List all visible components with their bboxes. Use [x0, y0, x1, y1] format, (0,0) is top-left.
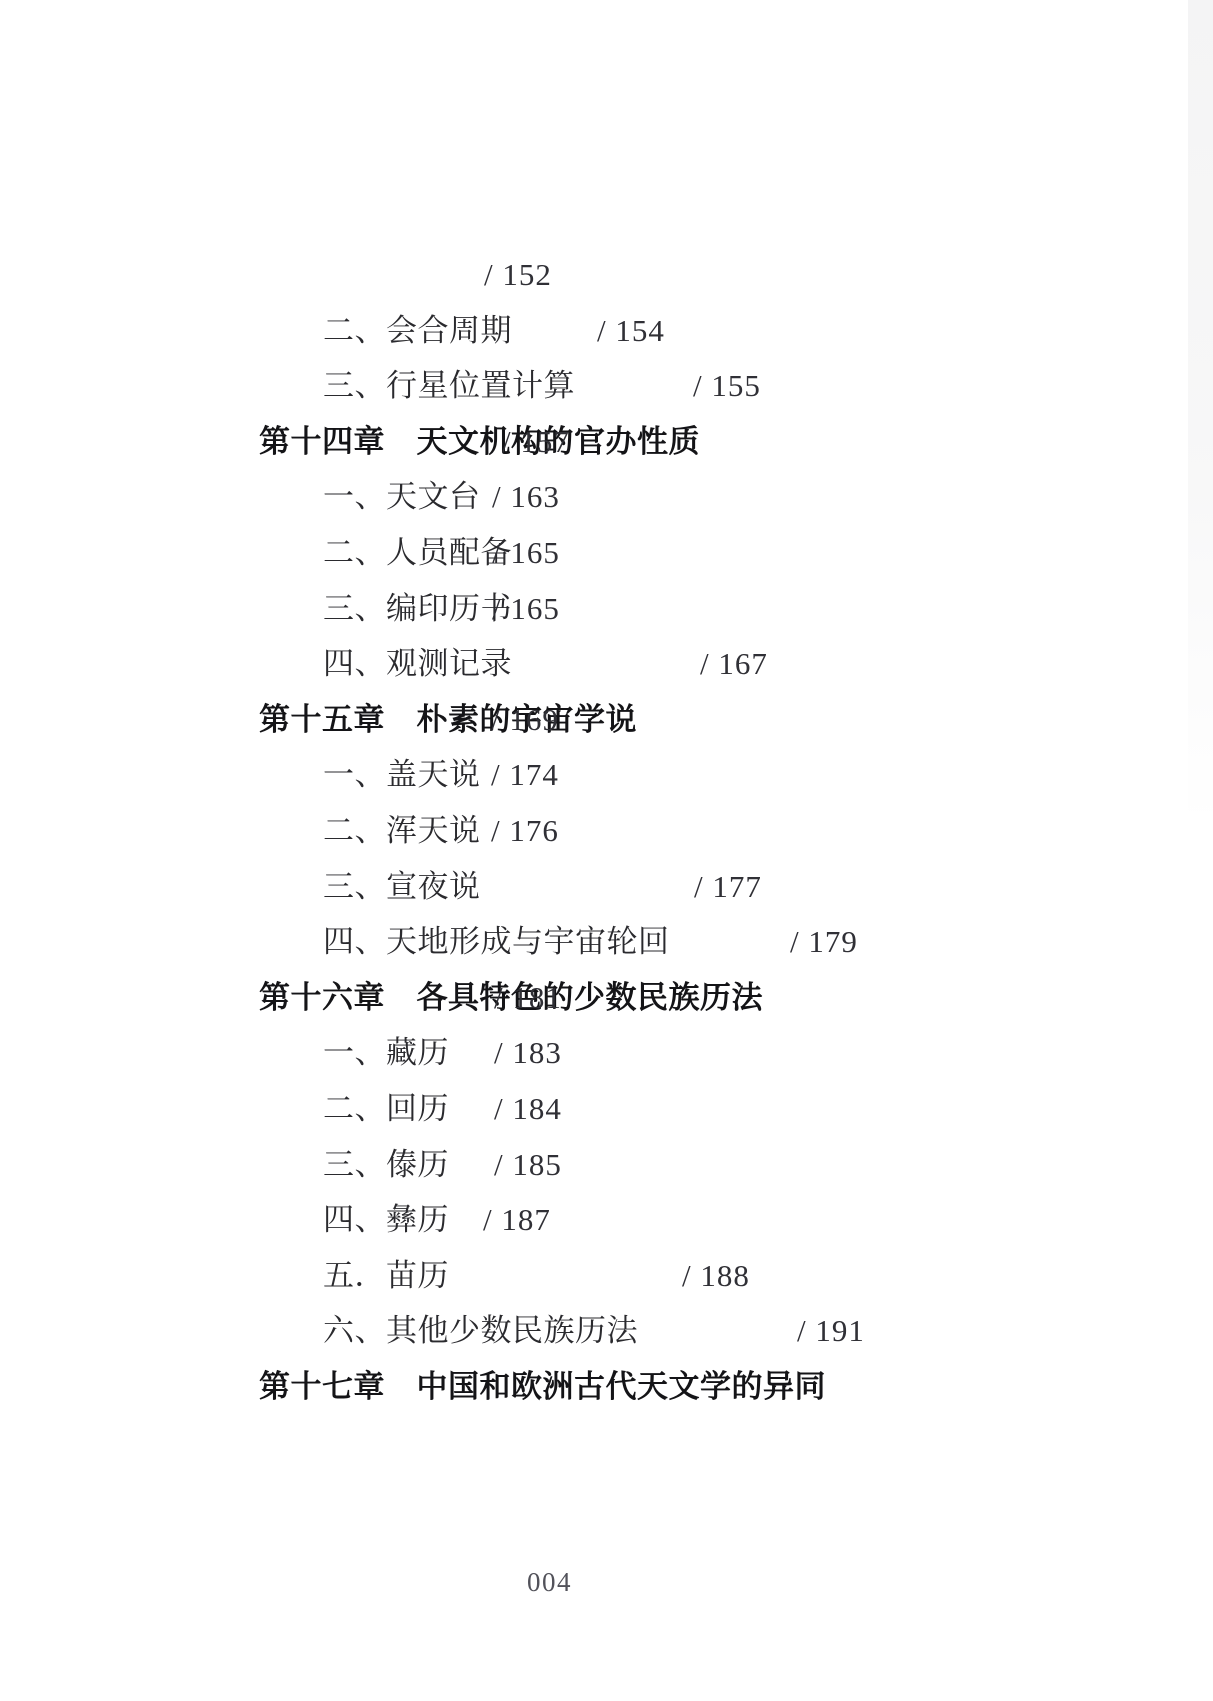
toc-entry: 三、行星位置计算 / 154: [0, 303, 1213, 359]
toc-entry: 一、藏历 / 181: [0, 970, 1213, 1026]
toc-entry-page-ref: / 188: [682, 1248, 750, 1304]
toc-entry-page-ref: / 167: [700, 636, 768, 692]
toc-entry: 三、编印历书 / 165: [0, 525, 1213, 581]
toc-entry: 三、傣历 / 184: [0, 1081, 1213, 1137]
toc-entry: 四、观测记录 / 165: [0, 581, 1213, 637]
toc-entry-page-ref: / 152: [484, 247, 552, 303]
toc-entry-page-ref: / 174: [491, 747, 559, 803]
toc-entry: 二、会合周期 / 152: [0, 247, 1213, 303]
toc-entry: 六、其他少数民族历法 / 188: [0, 1248, 1213, 1304]
toc-entry-page-ref: / 179: [790, 914, 858, 970]
toc-entry: 四、彝历 / 185: [0, 1137, 1213, 1193]
toc-entry-page-ref: / 169: [491, 692, 559, 748]
toc-entry-page-ref: / 165: [492, 525, 560, 581]
toc-entry-page-ref: / 163: [492, 469, 560, 525]
toc-entry-page-ref: / 191: [797, 1303, 865, 1359]
toc-entry: 二、浑天说 / 174: [0, 747, 1213, 803]
toc-entry-page-ref: / 187: [483, 1192, 551, 1248]
toc-entry: 第十五章 朴素的宇宙学说 / 167: [0, 636, 1213, 692]
toc-entry-page-ref: / 184: [494, 1081, 562, 1137]
toc-entry-page-ref: / 155: [693, 358, 761, 414]
toc-entry-page-ref: / 183: [494, 1025, 562, 1081]
toc-entry-page-ref: / 181: [494, 970, 562, 1026]
toc-entry: 第十七章 中国和欧洲古代天文学的异同 / 191: [0, 1303, 1213, 1359]
toc-entry: 第十四章 天文机构的官办性质 / 155: [0, 358, 1213, 414]
toc-entry: 一、盖天说 / 169: [0, 692, 1213, 748]
toc-entry-page-ref: / 176: [491, 803, 559, 859]
toc-entry-page-ref: / 177: [694, 859, 762, 915]
toc-entry-page-ref: / 157: [502, 414, 570, 470]
toc-entry: 第十六章 各具特色的少数民族历法 / 179: [0, 914, 1213, 970]
toc-entry-page-ref: / 154: [597, 303, 665, 359]
toc-entry: 二、回历 / 183: [0, 1025, 1213, 1081]
book-page: 二、会合周期 / 152 三、行星位置计算 / 154 第十四章 天文机构的官办…: [0, 0, 1213, 1701]
toc-entry: 五．苗历 / 187: [0, 1192, 1213, 1248]
toc-entry: 三、宣夜说 / 176: [0, 803, 1213, 859]
toc-entry: 一、天文台 / 157: [0, 414, 1213, 470]
toc-entry: 四、天地形成与宇宙轮回 / 177: [0, 859, 1213, 915]
toc-entry: 二、人员配备 / 163: [0, 469, 1213, 525]
toc-entry-page-ref: / 165: [492, 581, 560, 637]
toc-entry-title: 第十七章 中国和欧洲古代天文学的异同: [31, 1359, 826, 1415]
page-number: 004: [527, 1567, 572, 1598]
toc-list: 二、会合周期 / 152 三、行星位置计算 / 154 第十四章 天文机构的官办…: [0, 247, 1213, 1359]
toc-entry-page-ref: / 185: [494, 1137, 562, 1193]
